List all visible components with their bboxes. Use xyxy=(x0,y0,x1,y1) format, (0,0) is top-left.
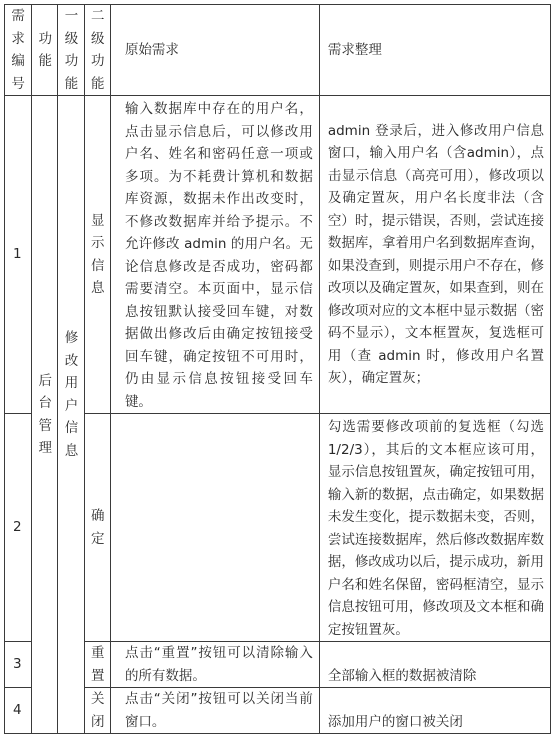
header-organized: 需求整理 xyxy=(319,5,550,96)
level2-cell: 显示信息 xyxy=(84,96,110,414)
table-row: 2 确定 勾选需要修改项前的复选框（勾选 1/2/3），其后的文本框应该可用，显… xyxy=(5,414,551,642)
requirements-table: 需求编号 功能 一级功能 二级功能 原始需求 需求整理 1 后台管理 修改用户信… xyxy=(4,4,551,687)
table-row: 3 重置 点击“重置”按钮可以清除输入的所有数据。 全部输入框的数据被清除 xyxy=(5,642,551,688)
header-level1: 一级功能 xyxy=(58,5,84,96)
organized-cell: 勾选需要修改项前的复选框（勾选 1/2/3），其后的文本框应该可用，显示信息按钮… xyxy=(319,414,550,642)
organized-cell: admin 登录后，进入修改用户信息窗口，输入用户名（含admin），点击显示信… xyxy=(319,96,550,414)
table-row: 1 后台管理 修改用户信息 显示信息 输入数据库中存在的用户名，点击显示信息后，… xyxy=(5,96,551,414)
header-row: 需求编号 功能 一级功能 二级功能 原始需求 需求整理 xyxy=(5,5,551,96)
original-cell: 点击“重置”按钮可以清除输入的所有数据。 xyxy=(110,642,319,688)
row-id: 3 xyxy=(5,642,32,688)
original-cell xyxy=(110,414,319,642)
header-req-id: 需求编号 xyxy=(5,5,32,96)
header-original: 原始需求 xyxy=(110,5,319,96)
level2-cell: 确定 xyxy=(84,414,110,642)
level1-cell: 修改用户信息 xyxy=(58,96,84,688)
organized-cell: 全部输入框的数据被清除 xyxy=(319,642,550,688)
row-id: 1 xyxy=(5,96,32,414)
header-function: 功能 xyxy=(32,5,58,96)
header-level2: 二级功能 xyxy=(84,5,110,96)
function-cell: 后台管理 xyxy=(32,96,58,688)
row-id: 2 xyxy=(5,414,32,642)
original-cell: 输入数据库中存在的用户名，点击显示信息后，可以修改用户名、姓名和密码任意一项或多… xyxy=(110,96,319,414)
level2-cell: 重置 xyxy=(84,642,110,688)
